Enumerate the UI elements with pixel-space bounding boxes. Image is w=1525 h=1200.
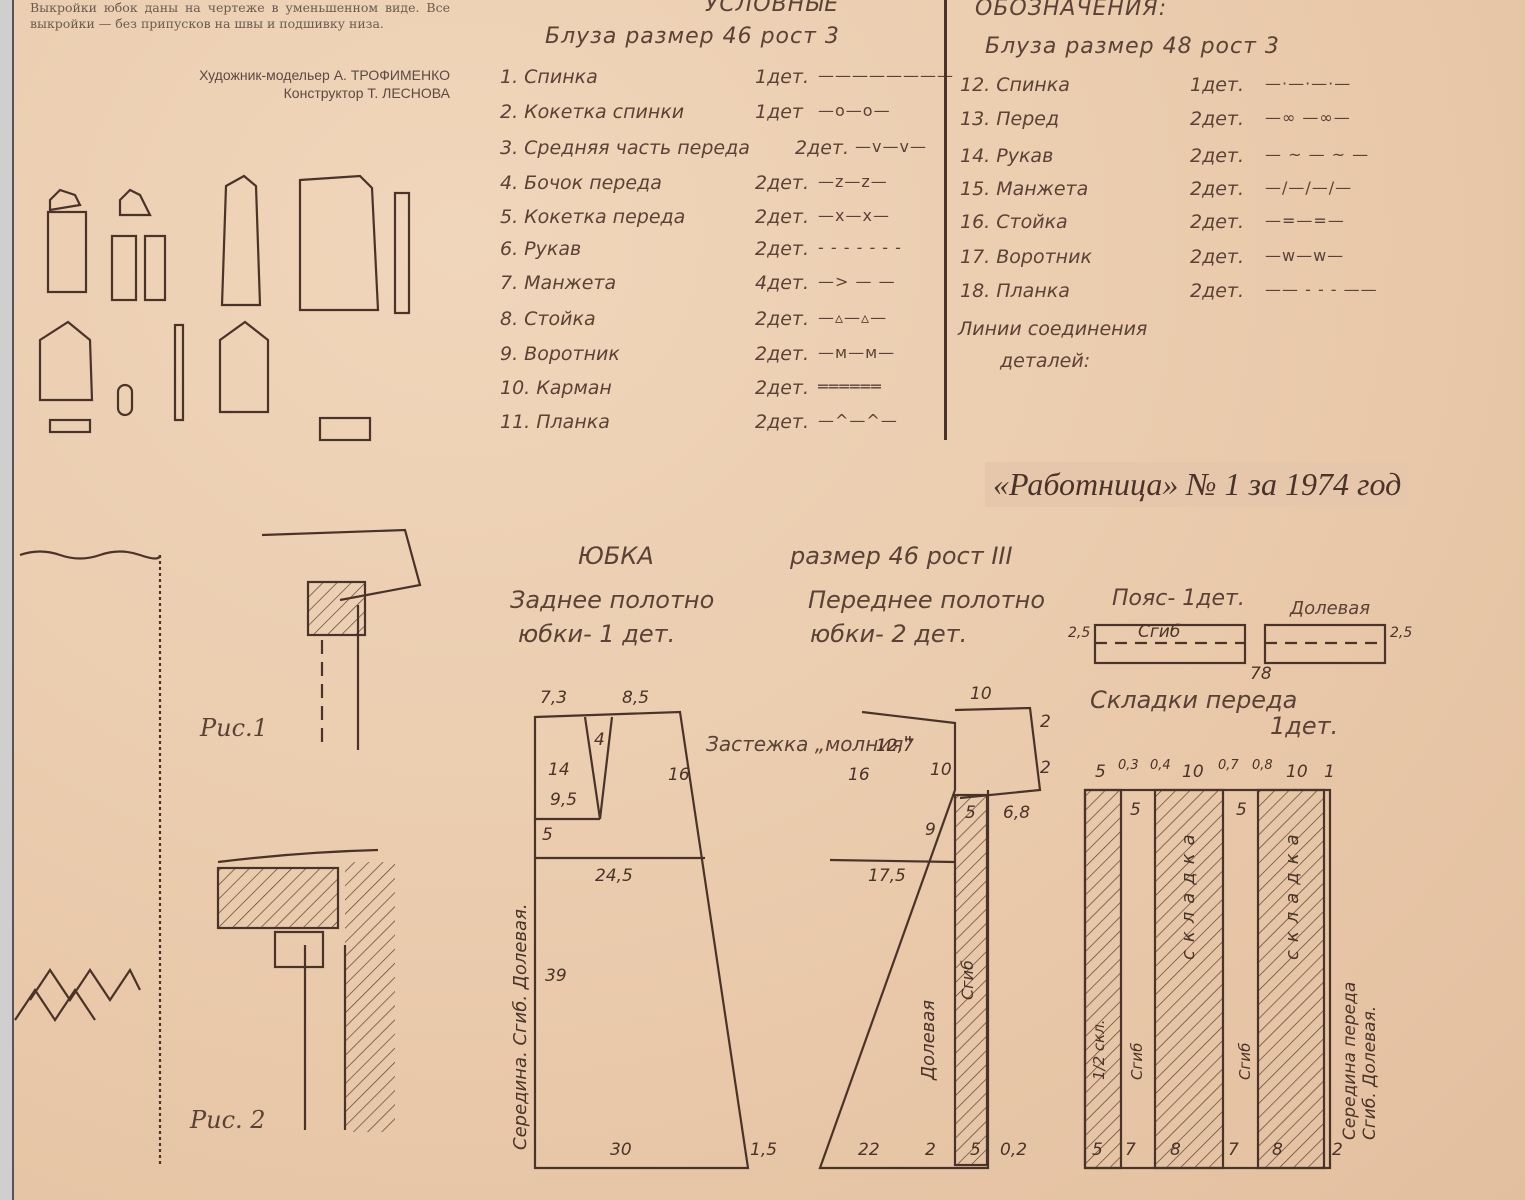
pleat-label: 1/2 скл. <box>1090 1019 1108 1080</box>
dim: 0,7 <box>1218 758 1239 773</box>
dim: 2 <box>1040 712 1051 732</box>
front-grain-label: Долевая <box>918 1000 939 1080</box>
pleat-label: складка <box>1282 826 1303 960</box>
front-fold-label: Сгиб <box>958 960 977 1000</box>
dim: 17,5 <box>868 866 906 886</box>
belt-width-1: 2,5 <box>1068 625 1090 641</box>
dim: 10 <box>970 684 992 704</box>
dim: 2 <box>1040 758 1051 778</box>
dim: 16 <box>848 765 870 785</box>
dim: 0,4 <box>1150 758 1171 773</box>
dim: 5 <box>970 1140 981 1160</box>
figure-2-label: Рис. 2 <box>190 1106 266 1134</box>
dim: 5 <box>1236 800 1247 820</box>
belt-length: 78 <box>1250 664 1272 684</box>
dim: 2 <box>925 1140 936 1160</box>
belt-width-2: 2,5 <box>1390 625 1412 641</box>
dim: 5 <box>965 803 976 823</box>
dim: 4 <box>594 730 605 750</box>
back-side-label: Середина. Сгиб. Долевая. <box>510 903 531 1150</box>
dim: 0,8 <box>1252 758 1273 773</box>
pleat-label: складка <box>1178 826 1199 960</box>
dim: 0,3 <box>1118 758 1139 773</box>
dim: 10 <box>930 760 952 780</box>
pattern-drawings <box>0 0 1525 1200</box>
dim: 6,8 <box>1003 803 1030 823</box>
dim: 0,2 <box>1000 1140 1027 1160</box>
dim: 7,3 <box>540 688 567 708</box>
pleat-label: Сгиб <box>1236 1043 1254 1080</box>
dim: 7 <box>1228 1140 1239 1160</box>
belt-fold-label: Сгиб <box>1138 622 1180 642</box>
pleat-label: Сгиб <box>1128 1043 1146 1080</box>
dim: 5 <box>542 825 553 845</box>
dim: 5 <box>1095 762 1106 782</box>
dim: 16 <box>668 765 690 785</box>
dim: 14 <box>548 760 570 780</box>
pleats-side-label: Середина переда Сгиб. Долевая. <box>1340 955 1380 1140</box>
dim: 24,5 <box>595 866 633 886</box>
dim: 12,7 <box>876 736 914 756</box>
dim: 9 <box>925 820 936 840</box>
dim: 8 <box>1272 1140 1283 1160</box>
dim: 30 <box>610 1140 632 1160</box>
dim: 7 <box>1125 1140 1136 1160</box>
dim: 8 <box>1170 1140 1181 1160</box>
dim: 8,5 <box>622 688 649 708</box>
dim: 10 <box>1182 762 1204 782</box>
dim: 5 <box>1130 800 1141 820</box>
figure-1-label: Рис.1 <box>200 714 268 742</box>
dim: 9,5 <box>550 790 577 810</box>
dim: 10 <box>1286 762 1308 782</box>
dim: 39 <box>545 966 567 986</box>
dim: 1,5 <box>750 1140 777 1160</box>
dim: 22 <box>858 1140 880 1160</box>
dim: 1 <box>1324 762 1335 782</box>
dim: 5 <box>1092 1140 1103 1160</box>
dim: 2 <box>1332 1140 1343 1160</box>
